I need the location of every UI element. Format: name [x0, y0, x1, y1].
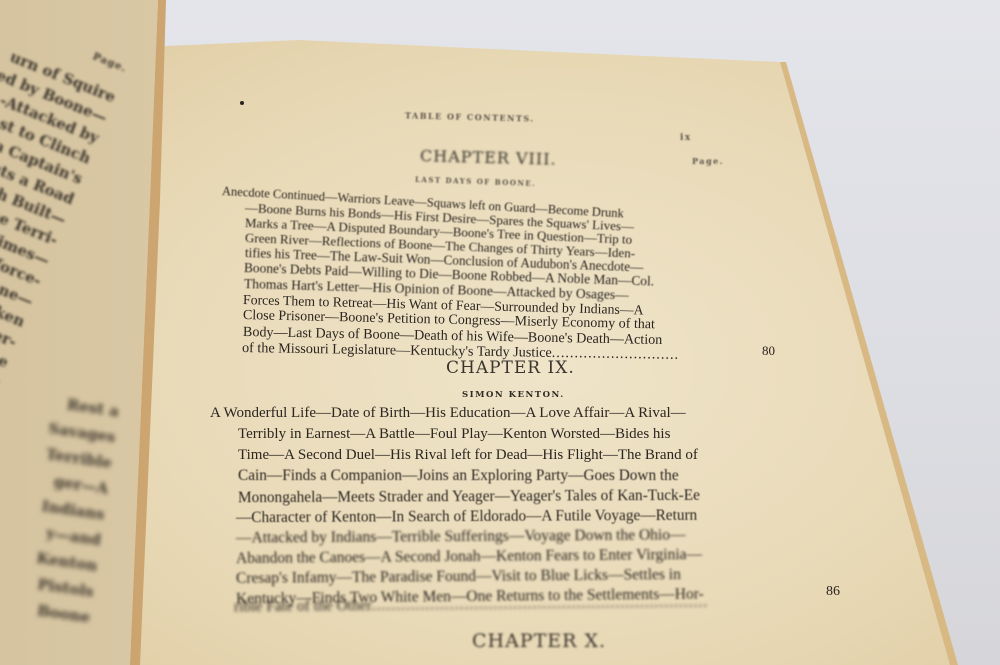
- page-number: 86: [826, 584, 840, 600]
- toc-entry-text: rible Fate of the Other: [234, 597, 372, 615]
- toc-line: —Character of Kenton—In Search of Eldora…: [236, 507, 697, 527]
- toc-line: A Wonderful Life—Date of Birth—His Educa…: [210, 405, 686, 422]
- toc-line: Terribly in Earnest—A Battle—Foul Play—K…: [238, 426, 670, 443]
- toc-line: Cain—Finds a Companion—Joins an Explorin…: [238, 467, 679, 485]
- page-number: 80: [762, 343, 775, 359]
- toc-line: Abandon the Canoes—A Second Jonah—Kenton…: [236, 546, 702, 568]
- folio: ix: [680, 133, 692, 143]
- chapter-heading: CHAPTER X.: [472, 630, 606, 652]
- chapter-subtitle: LAST DAYS OF BOONE.: [415, 175, 536, 188]
- toc-line: Monongahela—Meets Strader and Yeager—Yea…: [238, 487, 700, 507]
- ink-speck: [240, 101, 244, 105]
- book-photo: Page. urn of Squire ed by Boone— -Attack…: [0, 0, 1000, 665]
- chapter-subtitle: SIMON KENTON.: [462, 390, 565, 400]
- chapter-heading: CHAPTER VIII.: [420, 146, 557, 169]
- table-of-contents: TABLE OF CONTENTS. ix CHAPTER VIII. Page…: [0, 0, 1000, 665]
- toc-line: Cresap's Infamy—The Paradise Found—Visit…: [236, 566, 681, 588]
- toc-line: —Attacked by Indians—Terrible Sufferings…: [236, 526, 686, 547]
- toc-line-last: rible Fate of the Other.................…: [234, 594, 708, 617]
- toc-line: Time—A Second Duel—His Rival left for De…: [238, 447, 698, 464]
- chapter-heading: CHAPTER IX.: [446, 358, 575, 378]
- running-head: TABLE OF CONTENTS.: [405, 110, 535, 123]
- leader-dots: ........................................…: [372, 594, 709, 615]
- page-column-label: Page.: [692, 156, 724, 166]
